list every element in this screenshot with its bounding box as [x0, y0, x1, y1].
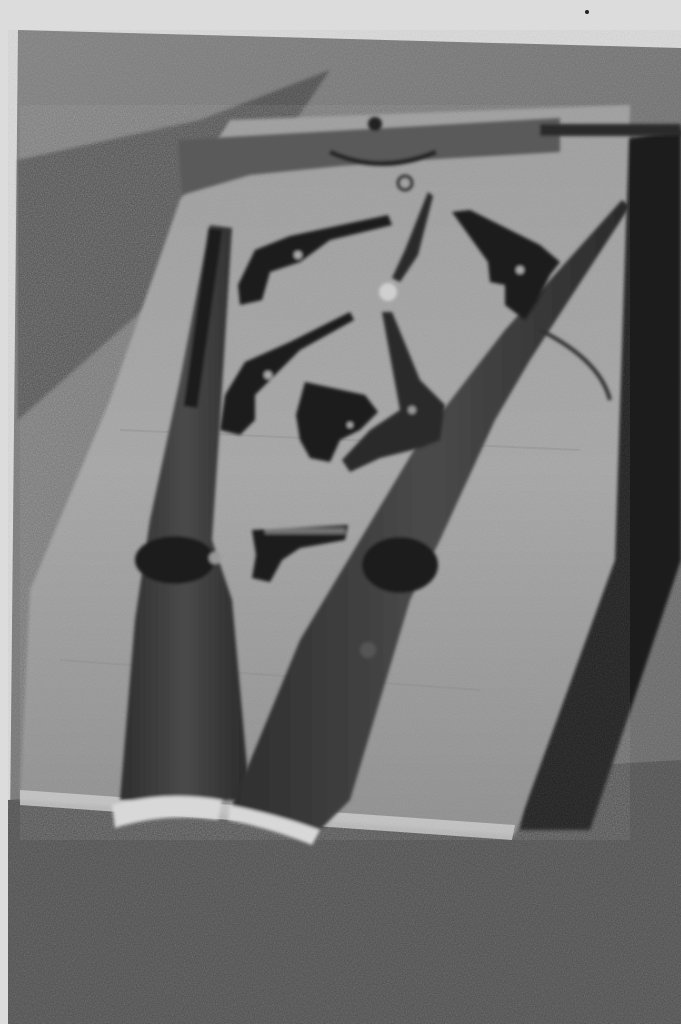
- photograph: [0, 0, 681, 1024]
- dust-speck: [585, 10, 589, 14]
